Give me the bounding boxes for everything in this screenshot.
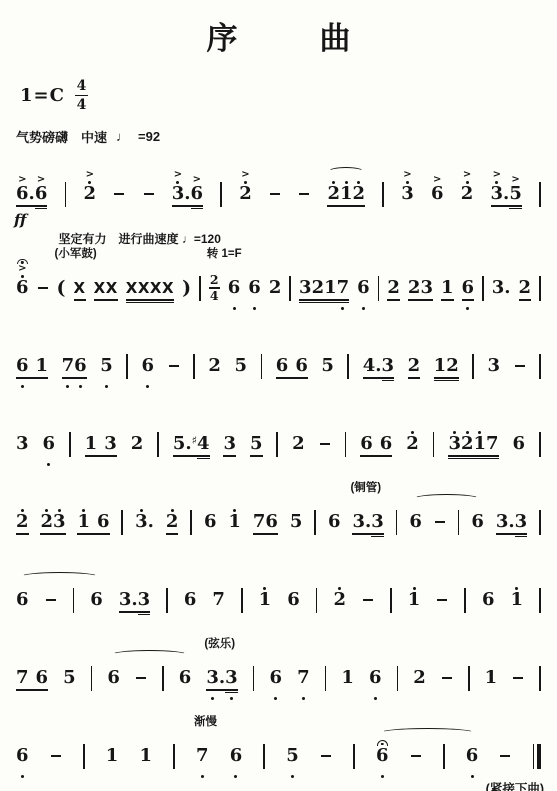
note-glyph: 1 [341, 668, 354, 688]
beam-underline [371, 533, 384, 534]
bar-glyph [157, 434, 159, 454]
underline-area [406, 454, 419, 461]
octave-dot-below [374, 697, 377, 700]
parenthesis: ((小军鼓)坚定有力 进行曲速度 ♩=120 [57, 259, 66, 312]
beam-underline [382, 377, 395, 378]
char-row: 5 [100, 337, 113, 390]
above-marks: > [463, 165, 471, 184]
bar-glyph [220, 184, 222, 204]
char-row: 5 [321, 337, 334, 390]
char-cell [382, 165, 384, 218]
underline-area [104, 454, 117, 461]
below-marks [79, 383, 82, 390]
char-cell: >3 [401, 165, 414, 218]
barline [173, 727, 175, 780]
dash-stroke [169, 365, 179, 367]
octave-dot-below [341, 307, 344, 310]
char-row: 3217 [448, 415, 498, 468]
note-token: 2 [408, 337, 421, 390]
note-glyph: 2 [461, 434, 474, 454]
underline-area [135, 688, 147, 695]
char-cell: 3 [16, 415, 29, 468]
char-cell [168, 337, 180, 390]
dash-note [168, 337, 180, 390]
note-glyph: 6 [90, 590, 103, 610]
note-glyph: 2 [333, 590, 346, 610]
underline-area [150, 298, 162, 305]
char-cell: >3 [172, 165, 185, 218]
char-cell [345, 415, 347, 468]
barline [157, 415, 159, 468]
below-marks [146, 383, 149, 390]
note-glyph: 2 [461, 184, 474, 204]
beam-underline [265, 533, 278, 534]
beam-underline [408, 377, 421, 378]
dash-glyph [441, 668, 453, 688]
underline-area [74, 376, 87, 383]
underline-area [360, 454, 373, 461]
octave-dot-below [79, 385, 82, 388]
paren-glyph: ( [57, 278, 66, 298]
char-row: 6 [269, 649, 282, 702]
note-token: 6 [482, 571, 495, 624]
char-row: 1 6 [77, 493, 109, 546]
char-row: 6 [184, 571, 197, 624]
note-token: >2 [84, 165, 97, 218]
char-row [390, 571, 392, 624]
char-cell: 1 [85, 415, 98, 468]
char-row: 2 [166, 493, 179, 546]
beam-underline [515, 533, 528, 534]
char-cell: 3 [225, 649, 238, 702]
char-row [441, 649, 453, 702]
underline-area [107, 688, 120, 695]
octave-dot-below [362, 307, 365, 310]
char-cell: 1 [474, 415, 487, 468]
bar-glyph [397, 668, 399, 688]
char-cell: 2 [208, 337, 221, 390]
octave-dot-below [21, 775, 24, 778]
note-glyph [288, 356, 295, 376]
char-row [382, 165, 384, 218]
underline-area [446, 376, 459, 383]
barline [396, 493, 398, 546]
timesig-glyph: 24 [209, 278, 220, 298]
char-cell: 4 [363, 337, 376, 390]
underline-area [29, 376, 36, 383]
beam-underline [74, 377, 87, 378]
underline-area [327, 204, 340, 211]
char-row [320, 727, 332, 780]
underline-area [135, 532, 148, 539]
char-cell: 2 [131, 415, 144, 468]
char-row: 6 1 [16, 337, 48, 390]
dash-stroke [136, 677, 146, 679]
octave-dot-below [234, 775, 237, 778]
dash-glyph [499, 746, 511, 766]
char-cell: 6 [184, 571, 197, 624]
underline-area [539, 610, 541, 617]
char-cell: >2 [239, 165, 252, 218]
char-cell: >2 [84, 165, 97, 218]
char-cell: 6 [360, 415, 373, 468]
note-glyph: 1 [139, 746, 152, 766]
underline-area [448, 454, 461, 461]
char-row: 2 [406, 415, 419, 468]
beam-underline [191, 208, 204, 209]
note-token: 6 [16, 727, 29, 780]
note-token: 6 [142, 337, 155, 390]
char-cell: 1 [341, 649, 354, 702]
underline-area [353, 204, 366, 211]
underline-area [212, 610, 225, 617]
note-glyph: 3 [371, 512, 384, 532]
beam-underline [509, 205, 522, 206]
note-glyph [373, 434, 380, 454]
accent-icon: > [241, 171, 249, 179]
underline-area [420, 298, 433, 305]
note-glyph: X [94, 278, 106, 298]
char-row: 3. [135, 493, 154, 546]
underline-area [263, 766, 265, 773]
char-cell [90, 493, 97, 546]
above-marks: > [17, 259, 28, 278]
bar-glyph [482, 278, 484, 298]
char-row [65, 165, 67, 218]
char-cell [378, 259, 380, 312]
above-marks: > [241, 165, 249, 184]
char-cell [353, 727, 355, 780]
char-cell: 3 [492, 259, 505, 312]
barline [353, 727, 355, 780]
beam-underline [299, 299, 312, 300]
char-cell [157, 415, 159, 468]
char-cell [126, 337, 128, 390]
char-row [539, 649, 541, 702]
accent-icon: > [403, 171, 411, 179]
meter-fraction: 4 4 [75, 79, 88, 112]
beam-underline [491, 205, 504, 206]
char-cell [298, 165, 310, 218]
note-glyph: 2 [166, 512, 179, 532]
score-line: 361 325.♯43526 6232176 [14, 400, 543, 468]
note-token: 6 [369, 649, 382, 702]
beam-underline [138, 302, 150, 303]
underline-area [539, 688, 541, 695]
note-glyph: 5 [63, 668, 76, 688]
beam-underline [312, 302, 325, 303]
char-row: 3.3 [496, 493, 527, 546]
beam-underline [441, 299, 454, 300]
underline-area [408, 298, 421, 305]
note-glyph: 7 [486, 434, 499, 454]
note-glyph: 3 [119, 590, 132, 610]
char-row: >3 [401, 165, 414, 218]
note-glyph: 2 [408, 278, 421, 298]
octave-dot-below [66, 385, 69, 388]
beam-underline [29, 689, 36, 690]
char-cell [397, 649, 399, 702]
char-cell [499, 727, 511, 780]
above-marks [82, 493, 85, 512]
note-glyph: 3 [104, 434, 117, 454]
octave-dot-below [274, 697, 277, 700]
note-token: 7 [297, 649, 310, 702]
note-glyph: 5 [290, 512, 303, 532]
note-glyph: X [150, 278, 162, 298]
note-glyph: . [148, 512, 154, 532]
underline-area [486, 454, 499, 461]
char-cell: . [504, 259, 510, 312]
char-cell [97, 415, 104, 468]
char-cell: X [74, 259, 86, 312]
note-glyph: 6 [513, 434, 526, 454]
char-row [173, 727, 175, 780]
underline-area [499, 766, 511, 773]
above-marks [171, 493, 174, 512]
note-token: 3217 [448, 415, 498, 468]
underline-area [539, 376, 541, 383]
underline-area [382, 376, 395, 383]
underline-area [441, 298, 454, 305]
beam-underline [40, 533, 53, 534]
char-cell: 1 [77, 493, 90, 546]
char-cell: 2 [269, 259, 282, 312]
above-marks [233, 493, 236, 512]
note-glyph: X [138, 278, 150, 298]
dash-stroke [435, 521, 445, 523]
note-token: 6 [328, 493, 341, 546]
barline [539, 259, 541, 312]
char-row [433, 415, 435, 468]
beam-underline [197, 458, 210, 459]
note-glyph: 7 [297, 668, 310, 688]
note-token: 76 [253, 493, 278, 546]
note-glyph: 5 [286, 746, 299, 766]
char-cell: 1 [259, 571, 272, 624]
underline-area [208, 376, 221, 383]
char-cell: 5 [286, 727, 299, 780]
underline-area [316, 610, 318, 617]
char-cell: 6 [369, 649, 382, 702]
char-cell [113, 165, 125, 218]
barline [166, 571, 168, 624]
bar-glyph [347, 356, 349, 376]
char-cell: 6 [328, 493, 341, 546]
char-row: >3.>6 [172, 165, 203, 218]
barline [289, 259, 291, 312]
note-glyph: 1 [106, 746, 119, 766]
char-cell: 6 [482, 571, 495, 624]
bar-glyph [468, 668, 470, 688]
underline-area [492, 298, 505, 305]
note-glyph: 6 [107, 668, 120, 688]
char-cell: 7 [486, 415, 499, 468]
char-cell: 2 [408, 337, 421, 390]
note-token: 6 [513, 415, 526, 468]
underline-area [166, 532, 179, 539]
bar-glyph [464, 590, 466, 610]
char-row [397, 649, 399, 702]
note-glyph: 6 [191, 184, 204, 204]
underline-area [401, 204, 414, 211]
bar-glyph [316, 590, 318, 610]
note-glyph: 2 [413, 668, 426, 688]
underline-area [142, 376, 155, 383]
char-row: 1 [511, 571, 524, 624]
char-cell: 6 [269, 649, 282, 702]
beam-underline [288, 377, 295, 378]
note-glyph: 3 [488, 356, 501, 376]
beam-underline [173, 455, 186, 456]
below-marks [374, 695, 377, 702]
barline [220, 165, 222, 218]
tempo-text: 气势磅礴 中速 [16, 127, 107, 146]
beam-underline [35, 208, 48, 209]
beam-underline [276, 377, 289, 378]
bar-glyph [65, 184, 67, 204]
note-glyph: 3 [16, 434, 29, 454]
beam-underline [106, 299, 118, 300]
underline-area [40, 532, 53, 539]
bar-glyph [276, 434, 278, 454]
dash-note [143, 165, 155, 218]
underline-area [265, 532, 278, 539]
beam-underline [36, 377, 49, 378]
timesig-top: 2 [210, 274, 219, 287]
dash-glyph [436, 590, 448, 610]
note-glyph: 2 [84, 184, 97, 204]
char-cell [166, 571, 168, 624]
char-row: 1 [408, 571, 421, 624]
note-glyph: 2 [239, 184, 252, 204]
dash-note [362, 571, 374, 624]
beam-underline [97, 455, 104, 456]
char-row [261, 337, 263, 390]
dash-glyph [512, 668, 524, 688]
instrument-annotation: (铜管) [350, 479, 381, 495]
below-marks [274, 695, 277, 702]
dash-note [436, 571, 448, 624]
char-cell: 6 [43, 415, 56, 468]
char-row: 5 [286, 727, 299, 780]
beam-underline [360, 455, 373, 456]
above-marks [338, 571, 341, 590]
slur-arc [112, 650, 187, 659]
note-glyph: 1 [511, 590, 524, 610]
bar-glyph [472, 356, 474, 376]
beam-underline [225, 689, 238, 690]
char-cell: >2 [461, 165, 474, 218]
underline-area [369, 688, 382, 695]
char-cell [83, 727, 85, 780]
char-cell [193, 337, 195, 390]
note-glyph: 3 [223, 434, 236, 454]
beam-underline [104, 455, 117, 456]
char-cell [390, 571, 392, 624]
underline-area [324, 298, 337, 305]
char-row [378, 259, 380, 312]
char-cell [433, 415, 435, 468]
note-glyph: 6 [357, 278, 370, 298]
barline [378, 259, 380, 312]
char-cell: 2 [16, 493, 29, 546]
underline-area [16, 532, 29, 539]
note-token: 2 [269, 259, 282, 312]
char-cell: 4 [197, 415, 210, 468]
beam-underline [150, 302, 162, 303]
char-cell [539, 165, 541, 218]
char-row: 1 [259, 571, 272, 624]
char-cell: X [162, 259, 174, 312]
bar-glyph [539, 512, 541, 532]
char-row: 2 [387, 259, 400, 312]
fermata-icon [377, 740, 388, 746]
char-cell: >6 [16, 259, 29, 312]
char-row: 2 [131, 415, 144, 468]
underline-area [434, 376, 447, 383]
underline-area [35, 204, 48, 211]
note-token: 2 [519, 259, 532, 312]
char-cell [320, 727, 332, 780]
char-cell: 6 [36, 649, 49, 702]
note-glyph: 3 [491, 184, 504, 204]
char-cell: 1 [511, 571, 524, 624]
char-cell: 2 [333, 571, 346, 624]
continuation-annotation: (紧接下曲) [486, 779, 544, 791]
underline-area [468, 688, 470, 695]
underline-area [382, 204, 384, 211]
beam-underline [434, 377, 447, 378]
note-glyph: 3 [225, 668, 238, 688]
note-glyph: 5 [234, 356, 247, 376]
beam-underline [253, 533, 266, 534]
note-glyph: 3 [448, 434, 461, 454]
note-glyph: 6 [43, 434, 56, 454]
note-token: 1 [139, 727, 152, 780]
underline-area [53, 532, 66, 539]
underline-area [371, 532, 384, 539]
beam-underline [371, 536, 384, 537]
char-cell [314, 493, 316, 546]
above-marks: > [493, 165, 501, 184]
note-glyph [29, 356, 36, 376]
note-token: 1 [259, 571, 272, 624]
underline-area [431, 204, 444, 211]
underline-area [511, 610, 524, 617]
note-glyph: 4 [363, 356, 376, 376]
beam-underline [77, 533, 90, 534]
underline-area [539, 454, 541, 461]
char-row [276, 415, 278, 468]
dash-glyph [298, 184, 310, 204]
underline-area [16, 376, 29, 383]
char-cell: . [148, 493, 154, 546]
char-row: >6 [16, 259, 29, 312]
note-glyph: 6 [228, 278, 241, 298]
beam-underline [461, 458, 474, 459]
bar-glyph [458, 512, 460, 532]
note-glyph: 2 [269, 278, 282, 298]
char-cell: 6 [228, 259, 241, 312]
dash-glyph [269, 184, 281, 204]
underline-area [396, 532, 398, 539]
note-glyph: 3 [172, 184, 185, 204]
dash-glyph [37, 278, 49, 298]
beam-underline [197, 455, 210, 456]
underline-area [173, 766, 175, 773]
char-row: XX [94, 259, 118, 312]
